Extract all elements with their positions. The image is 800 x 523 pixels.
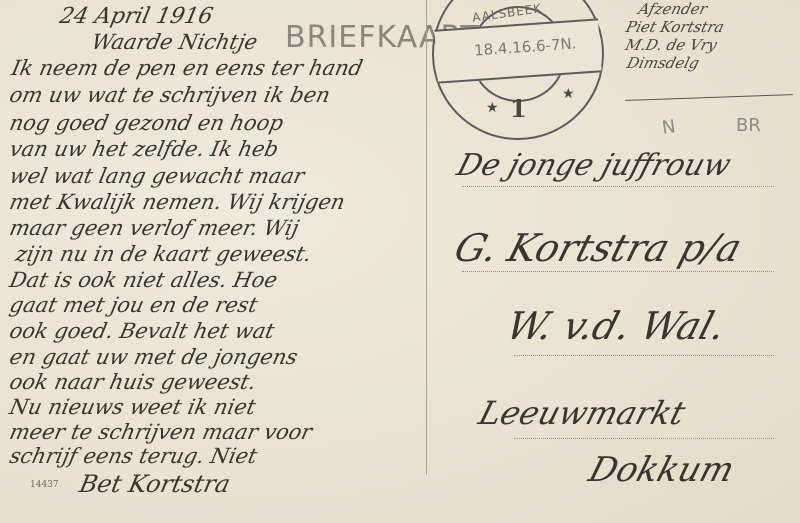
message-line: meer te schrijven maar voor [7, 420, 314, 444]
message-line: maar geen verlof meer. Wij [7, 216, 301, 240]
address-line-rule [514, 355, 774, 356]
print-number: 14437 [30, 480, 59, 490]
message-line: van uw het zelfde. Ik heb [7, 137, 280, 161]
star-icon: ★ [562, 86, 575, 102]
pencil-mark: N [661, 116, 677, 139]
message-line: Nu nieuws weet ik niet [7, 395, 257, 419]
star-icon: ★ [486, 100, 499, 116]
message-salutation: Waarde Nichtje [89, 30, 259, 54]
message-line: ook goed. Bevalt het wat [7, 319, 276, 343]
address-line-rule [514, 438, 774, 439]
postmark: AALSBEEK 18.4.16.6-7N. ★ 1 ★ [432, 0, 604, 140]
address-line-rule [462, 271, 774, 272]
message-line: ook naar huis geweest. [7, 370, 258, 394]
address-line-rule [462, 186, 774, 187]
postcard: BRIEFKAART 24 April 1916 Waarde Nichtje … [0, 0, 800, 523]
message-line: nog goed gezond en hoop [7, 111, 285, 135]
sender-line: Piet Kortstra [620, 18, 794, 36]
message-line: gaat met jou en de rest [7, 293, 259, 317]
address-city: Dokkum [584, 450, 739, 490]
sender-line: M.D. de Vry [616, 36, 790, 54]
sender-line: Afzender [624, 0, 798, 18]
sender-note: Afzender Piet Kortstra M.D. de Vry Dimsd… [611, 0, 799, 72]
message-line: Dat is ook niet alles. Hoe [7, 268, 279, 292]
message-line: om uw wat te schrijven ik ben [7, 83, 332, 107]
address-street: Leeuwmarkt [475, 394, 690, 432]
message-line: Ik neem de pen en eens ter hand [9, 56, 364, 80]
pencil-mark: BR [736, 115, 761, 136]
sender-line: Dimsdelg [611, 54, 785, 72]
message-signature: Bet Kortstra [77, 470, 233, 498]
message-line: zijn nu in de kaart geweest. [13, 242, 313, 266]
center-divider [426, 0, 427, 475]
message-line: met Kwalijk nemen. Wij krijgen [7, 190, 347, 214]
sender-underline [625, 94, 793, 101]
postmark-number: 1 [510, 94, 527, 123]
message-line: wel wat lang gewacht maar [7, 164, 306, 188]
message-line: schrijf eens terug. Niet [7, 444, 259, 468]
address-recipient: De jonge juffrouw [453, 148, 735, 183]
message-line: en gaat uw met de jongens [7, 345, 299, 369]
address-care-of: W. v.d. Wal. [502, 304, 731, 348]
message-date: 24 April 1916 [57, 4, 215, 29]
address-name: G. Kortstra p/a [450, 226, 747, 270]
